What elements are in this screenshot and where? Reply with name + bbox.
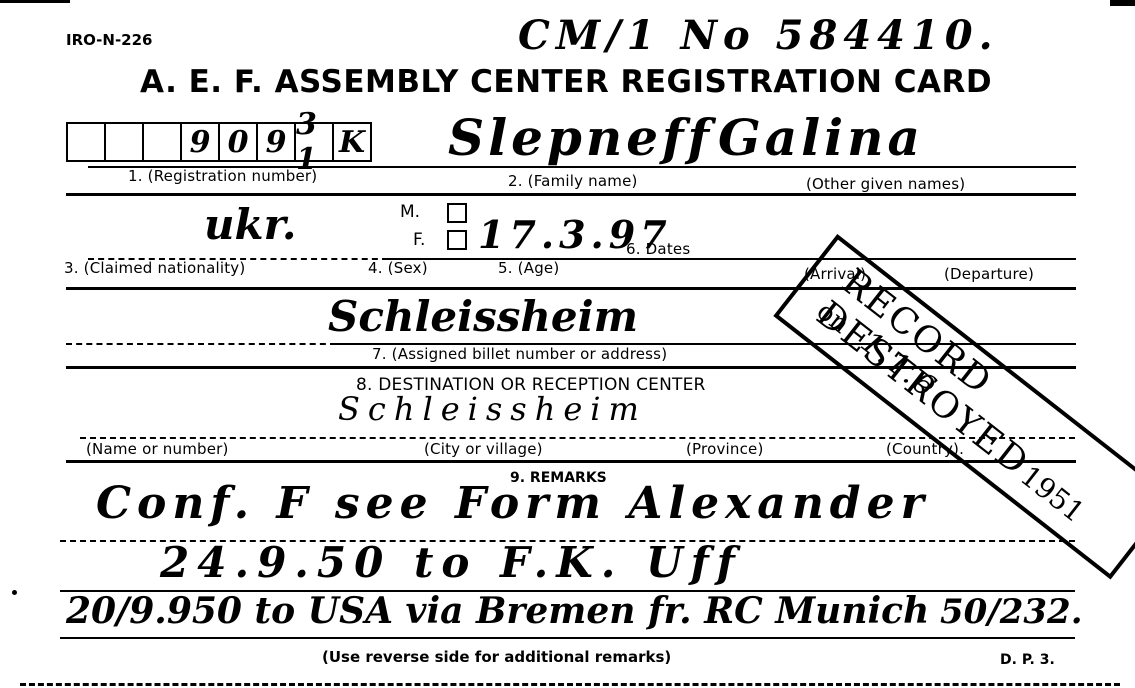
destination-city-label: (City or village) <box>424 440 543 458</box>
scan-edge-bottom <box>20 683 1120 686</box>
scan-edge-top-left <box>0 0 70 3</box>
remarks-line-4[interactable]: 50/232. <box>940 592 1083 632</box>
remarks-line-2[interactable]: 24.9.50 to F.K. Uff <box>160 538 743 587</box>
row-1-bottom-rule <box>66 193 1076 196</box>
departure-label: (Departure) <box>944 265 1034 283</box>
dates-label: 6. Dates <box>626 240 690 258</box>
card-title: A. E. F. ASSEMBLY CENTER REGISTRATION CA… <box>140 64 992 100</box>
nationality-label: 3. (Claimed nationality) <box>64 259 245 277</box>
registration-digit: 9 <box>256 124 294 160</box>
destination-name-label: (Name or number) <box>86 440 229 458</box>
remarks-line-1[interactable]: Conf. F see Form Alexander <box>96 478 930 529</box>
destination-underline <box>80 437 1075 439</box>
scan-edge-top-right <box>1110 0 1135 6</box>
remarks-rule-3 <box>60 637 1075 639</box>
footer-code: D. P. 3. <box>1000 652 1055 668</box>
age-label: 5. (Age) <box>498 259 559 277</box>
given-names-value[interactable]: Galina <box>718 108 924 167</box>
registration-digit <box>142 124 180 160</box>
remarks-line-3[interactable]: 20/9.950 to USA via Bremen fr. RC Munich <box>66 590 929 632</box>
registration-digit <box>66 124 104 160</box>
sex-f-checkbox[interactable] <box>447 230 467 250</box>
family-name-label: 2. (Family name) <box>508 172 638 190</box>
footer-note: (Use reverse side for additional remarks… <box>322 648 671 666</box>
registration-number-label: 1. (Registration number) <box>128 167 317 185</box>
sex-option-f-label: F. <box>413 230 425 250</box>
destination-value[interactable]: Schleissheim <box>338 390 647 428</box>
cm-number: CM/1 No 584410. <box>518 12 999 59</box>
row-2-top-rule <box>388 258 1076 260</box>
given-names-label: (Other given names) <box>806 175 965 193</box>
billet-label: 7. (Assigned billet number or address) <box>372 345 667 363</box>
billet-underline-left <box>66 343 336 345</box>
stray-mark <box>12 590 17 595</box>
row-2-bottom-rule <box>66 287 1076 290</box>
registration-digit: 3 1 <box>294 124 332 160</box>
registration-digit: 0 <box>218 124 256 160</box>
destination-province-label: (Province) <box>686 440 764 458</box>
registration-number-field[interactable]: 9 0 9 3 1 K <box>66 122 372 162</box>
registration-digit <box>104 124 142 160</box>
form-code: IRO-N-226 <box>66 31 152 49</box>
billet-value[interactable]: Schleissheim <box>328 292 638 341</box>
sex-m-checkbox[interactable] <box>447 203 467 223</box>
registration-digit: K <box>332 124 372 160</box>
nationality-value[interactable]: ukr. <box>204 200 297 249</box>
family-name-value[interactable]: Slepneff <box>448 108 713 167</box>
sex-label: 4. (Sex) <box>368 259 428 277</box>
sex-option-m-label: M. <box>400 202 420 222</box>
row-4-bottom-rule <box>66 460 1076 463</box>
registration-digit: 9 <box>180 124 218 160</box>
